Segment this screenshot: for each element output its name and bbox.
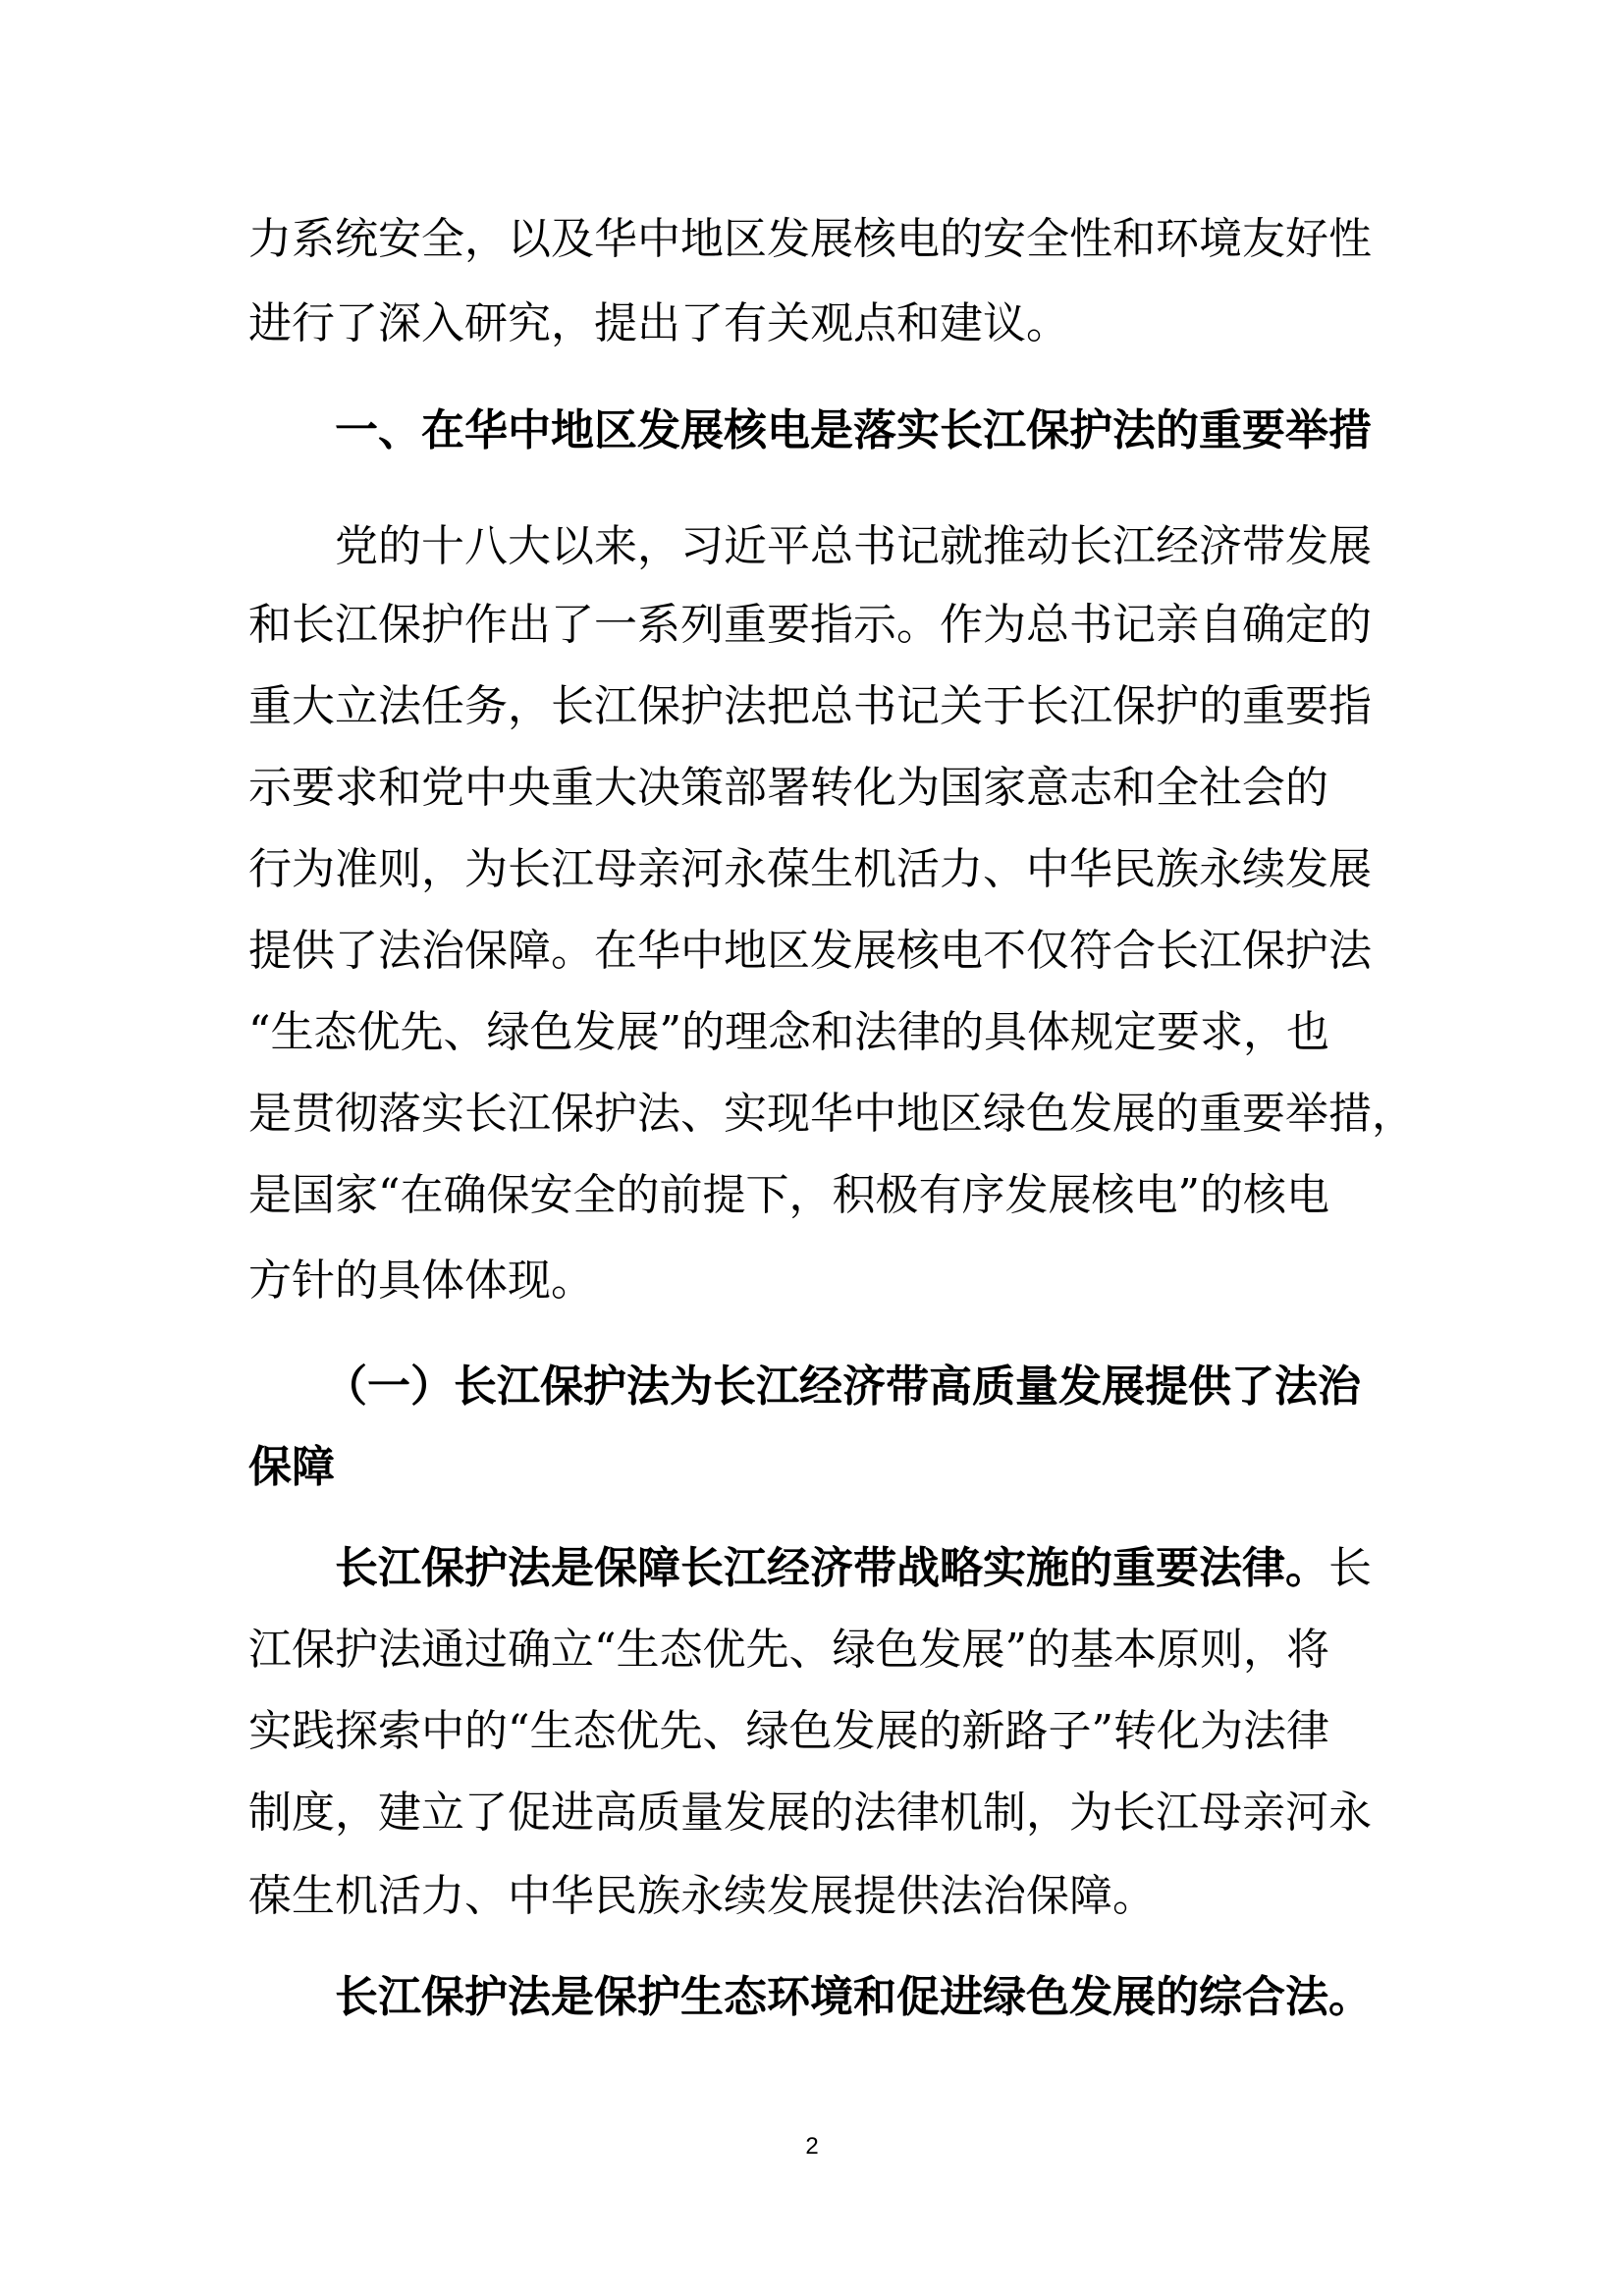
paragraph-2-line-5: 葆生机活力、中华民族永续发展提供法治保障。 [248, 1872, 1387, 1921]
paragraph-1-line-1: 党的十八大以来，习近平总书记就推动长江经济带发展 [335, 522, 1474, 571]
paragraph-1-line-9: 是国家“在确保安全的前提下，积极有序发展核电”的核电 [248, 1171, 1387, 1220]
subsection-heading-line-1: （一）长江保护法为长江经济带高质量发展提供了法治 [324, 1362, 1463, 1412]
paragraph-3-bold-lead: 长江保护法是保护生态环境和促进绿色发展的综合法。 [335, 1973, 1474, 2022]
paragraph-1-line-10: 方针的具体体现。 [248, 1256, 1387, 1306]
paragraph-2-first-line-rest: 长 [1328, 1543, 1372, 1593]
paragraph-2-line-1: 长江保护法是保障长江经济带战略实施的重要法律。长 [335, 1544, 1474, 1593]
intro-line-1: 力系统安全，以及华中地区发展核电的安全性和环境友好性 [248, 215, 1387, 264]
paragraph-1-line-7: “生态优先、绿色发展”的理念和法律的具体规定要求，也 [248, 1008, 1387, 1057]
paragraph-1-line-2: 和长江保护作出了一系列重要指示。作为总书记亲自确定的 [248, 601, 1387, 650]
paragraph-2-line-3: 实践探索中的“生态优先、绿色发展的新路子”转化为法律 [248, 1707, 1387, 1756]
paragraph-2-line-2: 江保护法通过确立“生态优先、绿色发展”的基本原则，将 [248, 1626, 1387, 1675]
paragraph-1-line-8: 是贯彻落实长江保护法、实现华中地区绿色发展的重要举措， [248, 1090, 1387, 1139]
subsection-heading-line-2: 保障 [248, 1443, 1387, 1492]
paragraph-1-line-5: 行为准则，为长江母亲河永葆生机活力、中华民族永续发展 [248, 845, 1387, 894]
paragraph-1-line-6: 提供了法治保障。在华中地区发展核电不仅符合长江保护法 [248, 927, 1387, 976]
intro-line-2: 进行了深入研究，提出了有关观点和建议。 [248, 299, 1387, 348]
page-number: 2 [797, 2132, 827, 2162]
document-page: 力系统安全，以及华中地区发展核电的安全性和环境友好性 进行了深入研究，提出了有关… [0, 0, 1624, 2296]
paragraph-2-bold-lead: 长江保护法是保障长江经济带战略实施的重要法律。 [335, 1543, 1328, 1593]
paragraph-1-line-3: 重大立法任务，长江保护法把总书记关于长江保护的重要指 [248, 682, 1387, 731]
paragraph-2-line-4: 制度，建立了促进高质量发展的法律机制，为长江母亲河永 [248, 1789, 1387, 1838]
section-heading: 一、在华中地区发展核电是落实长江保护法的重要举措 [335, 406, 1474, 455]
paragraph-1-line-4: 示要求和党中央重大决策部署转化为国家意志和全社会的 [248, 764, 1387, 813]
